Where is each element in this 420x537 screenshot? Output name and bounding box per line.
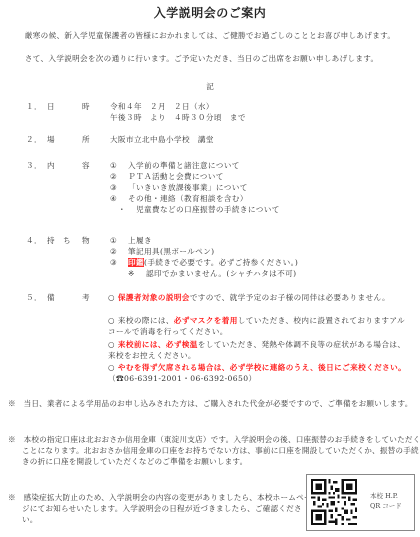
remark-1-emphasis: 保護者対象の説明会 (118, 293, 190, 302)
remark-2-pre: 来校の際には、 (118, 316, 174, 325)
section-label-b: 考 (82, 292, 90, 303)
qr-label: 本校 H.P. QR コード (370, 491, 402, 511)
section-label-a: 場 (47, 134, 55, 145)
place-line: 大阪市立北中島小学校 講堂 (110, 134, 214, 145)
item-mark: ② (110, 246, 117, 257)
content-sub-item: 児童費などの口座振替の手続きについて (136, 204, 280, 215)
note-supplies-text: 当日、業者による学用品のお申し込みされた方は、ご購入された代金が必要ですので、ご… (24, 399, 413, 408)
page-title: 入学説明会のご案内 (0, 8, 420, 19)
remark-1-text: ですので、就学予定のお子様の同伴は必要ありません。 (190, 293, 390, 302)
note-mark: ※ (128, 268, 135, 279)
section-number: ２． (26, 134, 42, 145)
qr-code-box: 本校 H.P. QR コード (306, 474, 415, 531)
circle-mark: ○ (108, 316, 115, 325)
content-item-2: ＰＴＡ活動と会費について (128, 171, 224, 182)
section-number: １． (26, 101, 42, 112)
item-mark: ① (110, 235, 117, 246)
seal-highlight: 印鑑 (128, 258, 144, 267)
intro-paragraph-1: 厳寒の候、新入学児童保護者の皆様におかれましては、ご健勝でお過ごしのこととお喜び… (17, 30, 409, 41)
content-item-4: その他・連絡（教育相談を含む） (128, 193, 248, 204)
section-label-a: 内 (47, 160, 55, 171)
ki-heading: 記 (0, 81, 420, 92)
section-number: ３． (26, 160, 42, 171)
date-line: 令和４年 ２月 ２日（水） (110, 101, 214, 112)
remark-4-emphasis: やむを得ず欠席される場合は、必ず学校に連絡のうえ、後日にご来校ください。 (118, 363, 406, 372)
item-mark: ① (110, 160, 117, 171)
content-item-1: 入学前の準備と諸注意について (128, 160, 240, 171)
item-mark: ② (110, 171, 117, 182)
note-mark: ※ (8, 399, 16, 408)
section-label-b: 所 (82, 134, 90, 145)
circle-mark: ○ (108, 340, 115, 349)
note-mark: ※ (8, 435, 16, 444)
remark-3-emphasis: 来校前には、必ず検温 (118, 340, 198, 349)
section-label-a: 持 ち (47, 235, 71, 246)
remark-4: ○ やむを得ず欠席される場合は、必ず学校に連絡のうえ、後日にご来校ください。（☎… (108, 362, 410, 384)
remark-2: ○ 来校の際には、必ずマスクを着用していただき、校内に設置されておりますアルコー… (108, 315, 410, 337)
note-supplies: ※ 当日、業者による学用品のお申し込みされた方は、ご購入された代金が必要ですので… (8, 398, 420, 409)
seal-note: (手続きで必要です。必ずご持参ください。) (144, 258, 298, 267)
note-bank-account: ※ 本校の指定口座は北おおさか信用金庫（東淀川支店）です。入学説明会の後、口座振… (8, 434, 420, 467)
remark-3: ○ 来校前には、必ず検温をしていただき、発熱や体調不良等の症状がある場合は、来校… (108, 339, 410, 361)
content-item-3: 「いきいき放課後事業」について (128, 182, 248, 193)
sub-bullet: ・ (118, 204, 126, 215)
circle-mark: ○ (108, 293, 115, 302)
item-mark: ③ (110, 257, 117, 268)
section-label-a: 日 (47, 101, 55, 112)
belonging-item-1: 上履き (128, 235, 152, 246)
item-mark: ③ (110, 182, 117, 193)
seal-type-note: 認印でかまいません。(シャチハタは不可) (146, 268, 296, 279)
phone-numbers: （☎06-6391-2001・06-6392-0650） (108, 374, 256, 383)
note-mark: ※ (8, 493, 16, 502)
section-number: ５． (26, 292, 42, 303)
section-label-b: 容 (82, 160, 90, 171)
note-infection: ※ 感染症拡大防止のため、入学説明会の内容の変更がありましたら、本校ホームページ… (8, 492, 314, 525)
section-label-b: 時 (82, 101, 90, 112)
section-label-a: 備 (47, 292, 55, 303)
circle-mark: ○ (108, 363, 115, 372)
item-mark: ④ (110, 193, 117, 204)
remark-1: ○ 保護者対象の説明会ですので、就学予定のお子様の同伴は必要ありません。 (108, 292, 410, 303)
time-line: 午後３時 より ４時３０分頃 まで (110, 112, 246, 123)
qr-code-icon[interactable] (311, 479, 357, 525)
section-number: ４． (26, 235, 42, 246)
qr-label-line1: 本校 H.P. (370, 491, 402, 501)
note-bank-text: 本校の指定口座は北おおさか信用金庫（東淀川支店）です。入学説明会の後、口座振替の… (22, 435, 420, 466)
intro-paragraph-2: さて、入学説明会を次の通りに行います。ご予定いただき、当日のご出席をお願い申しあ… (17, 53, 409, 64)
belonging-item-2: 筆記用具(黒ボールペン) (128, 246, 215, 257)
belonging-item-3: 印鑑(手続きで必要です。必ずご持参ください。) (128, 257, 298, 268)
remark-2-emphasis: 必ずマスクを着用 (174, 316, 238, 325)
note-infection-text: 感染症拡大防止のため、入学説明会の内容の変更がありましたら、本校ホームページにて… (22, 493, 312, 524)
section-label-b: 物 (82, 235, 90, 246)
qr-label-line2: QR コード (370, 501, 402, 511)
